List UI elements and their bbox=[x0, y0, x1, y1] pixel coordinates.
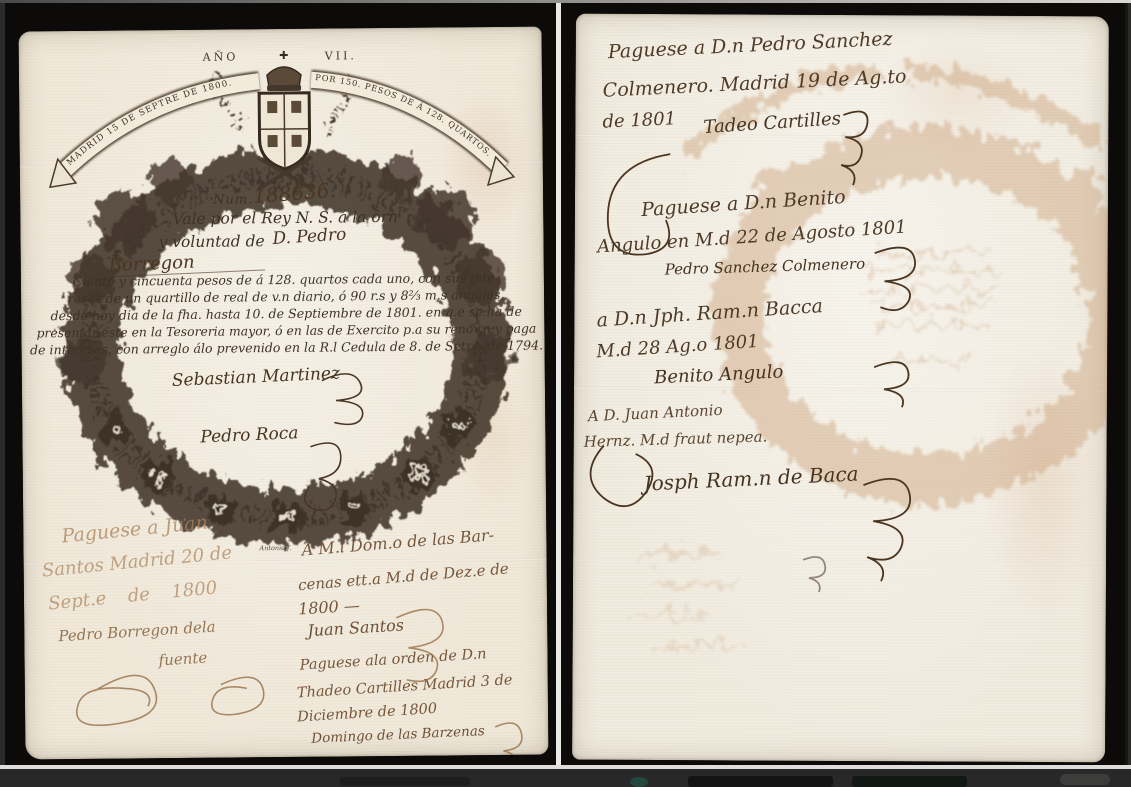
back-endorsement-line: Hernz. M.d fraut nepea. bbox=[584, 427, 768, 450]
back-endorsement-line: Angulo en M.d 22 de Agosto 1801 bbox=[596, 217, 907, 258]
svg-text:MADRID 15 DE SEPTRE DE 1800.: MADRID 15 DE SEPTRE DE 1800. bbox=[64, 78, 234, 168]
signature-tadeo-cartilles: Tadeo Cartilles bbox=[703, 108, 842, 138]
back-endorsement-line: Paguese a D.n Benito bbox=[640, 186, 846, 221]
photo-front: MADRID 15 DE SEPTRE DE 1800. POR 150. PE… bbox=[5, 3, 556, 765]
footer-strip bbox=[0, 769, 1131, 787]
endorsement-line: cenas ett.a M.d de Dez.e de bbox=[297, 560, 509, 595]
endorsement-line: A M.l Dom.o de las Bar- bbox=[301, 525, 495, 559]
footer-badge[interactable] bbox=[688, 776, 833, 787]
endorsement-line: Sept.e de 1800 bbox=[47, 577, 218, 614]
endorsement-line: Diciembre de 1800 bbox=[297, 701, 438, 726]
signature-pedro-roca: Pedro Roca bbox=[200, 423, 299, 447]
back-endorsement-line: de 1801 bbox=[602, 108, 677, 132]
num-label: Num. bbox=[213, 192, 253, 207]
back-endorsement-line: A D. Juan Antonio bbox=[588, 401, 723, 425]
endorsement-line: Santos Madrid 20 de bbox=[41, 542, 233, 581]
signature-josph-ramon-de-baca: Josph Ram.n de Baca bbox=[643, 461, 859, 495]
paper-back: Paguese a D.n Pedro Sanchez Colmenero. M… bbox=[572, 14, 1109, 763]
footer-text-fragment bbox=[340, 777, 470, 786]
paper-stain bbox=[983, 346, 1104, 627]
paper-stain bbox=[875, 35, 1036, 156]
footer-badge[interactable] bbox=[630, 777, 648, 787]
paper-front: MADRID 15 DE SEPTRE DE 1800. POR 150. PE… bbox=[19, 27, 549, 760]
footer-logo-fragment bbox=[1060, 774, 1110, 785]
endorsement-line: Paguese ala orden de D.n bbox=[299, 646, 487, 674]
banner-left-text: MADRID 15 DE SEPTRE DE 1800. bbox=[64, 78, 234, 168]
signature-flourish bbox=[304, 374, 364, 511]
endorsement-line: Paguese a Juan bbox=[61, 511, 209, 547]
paper-stain bbox=[452, 357, 534, 518]
endorsement-line: Juan Santos bbox=[307, 615, 405, 640]
footer-badge[interactable] bbox=[852, 776, 967, 787]
endorsement-line: Thadeo Cartilles Madrid 3 de bbox=[297, 672, 513, 701]
photo-back: Paguese a D.n Pedro Sanchez Colmenero. M… bbox=[561, 3, 1125, 765]
payee-name-hand: D. Pedro bbox=[272, 224, 347, 249]
year-label-left: AÑO bbox=[203, 50, 239, 63]
endorsement-line: fuente bbox=[158, 648, 208, 669]
endorsement-line: Domingo de las Barzenas bbox=[311, 723, 485, 747]
coat-of-arms-icon bbox=[257, 51, 312, 190]
back-endorsement-line: Paguese a D.n Pedro Sanchez bbox=[607, 28, 893, 63]
crown-icon bbox=[267, 51, 301, 91]
scanned-document-viewer: MADRID 15 DE SEPTRE DE 1800. POR 150. PE… bbox=[0, 0, 1131, 787]
signature-sebastian-martinez: Sebastian Martinez bbox=[171, 364, 340, 391]
serial-number: 188636. bbox=[252, 178, 336, 208]
signature-benito-angulo: Benito Angulo bbox=[654, 361, 784, 388]
endorsement-line: 1800 — bbox=[298, 596, 361, 619]
body-line: de intereses, con arreglo álo prevenido … bbox=[22, 337, 549, 357]
engraver-credit: Antonio f. bbox=[259, 544, 291, 552]
back-endorsement-line: M.d 28 Ag.o 1801 bbox=[596, 331, 760, 362]
back-endorsement-line: Colmenero. Madrid 19 de Ag.to bbox=[602, 65, 907, 101]
back-endorsement-line: a D.n Jph. Ram.n Bacca bbox=[596, 295, 824, 332]
endorsement-line: Pedro Borregon dela bbox=[58, 618, 216, 646]
year-label-right: VII. bbox=[325, 49, 357, 62]
banner-left: MADRID 15 DE SEPTRE DE 1800. bbox=[49, 78, 260, 187]
signature-pedro-sanchez-colmenero: Pedro Sanchez Colmenero bbox=[664, 255, 865, 279]
fold-crease bbox=[575, 134, 1108, 140]
